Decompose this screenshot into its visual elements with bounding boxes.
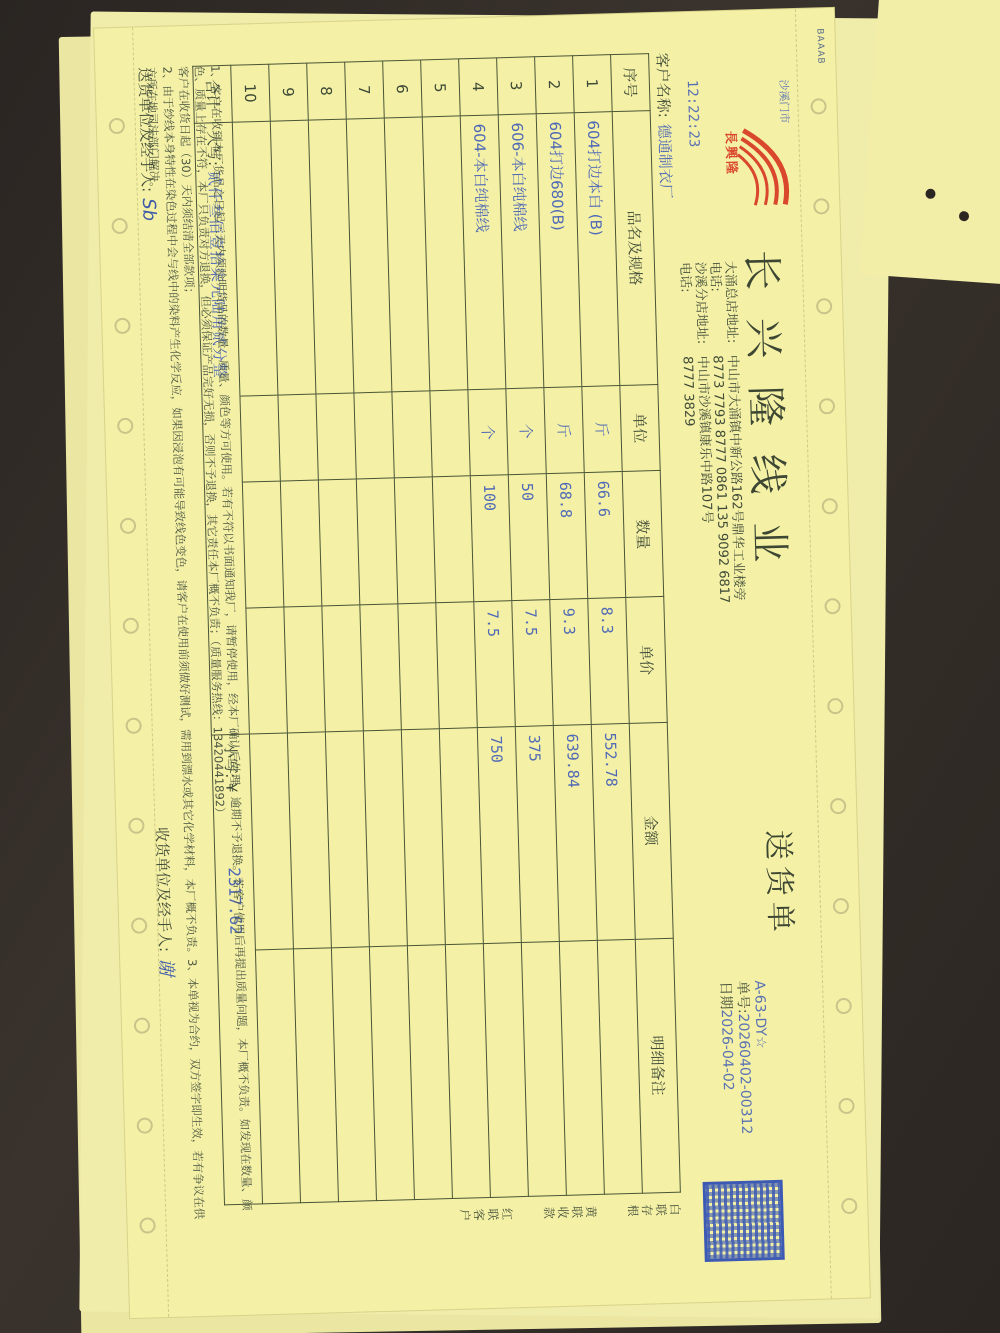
cell-price: 8.3 bbox=[588, 598, 630, 725]
cell-price: 7.5 bbox=[512, 600, 554, 727]
copy-label-white: 白联存根 bbox=[625, 1201, 681, 1220]
address-block: 大涌总店地址:中山市大涌镇中新公路162号鼎华工业楼旁 电话:8773 7793… bbox=[677, 261, 747, 605]
col-note: 明细备注 bbox=[635, 938, 680, 1193]
sender-sig: Sb bbox=[138, 198, 160, 221]
order-no-label: 单号: bbox=[734, 981, 751, 1014]
cell-name: 606-本白纯棉线 bbox=[498, 113, 544, 388]
side-slip bbox=[860, 0, 1000, 285]
cell-seq: 3 bbox=[497, 57, 537, 115]
cell-seq: 2 bbox=[535, 56, 575, 114]
phone-label: 电话: bbox=[707, 261, 724, 349]
col-seq: 序号 bbox=[611, 54, 651, 112]
cell-unit: 斤 bbox=[582, 386, 622, 473]
col-price: 单价 bbox=[626, 597, 668, 724]
sender-signature: 送货单位及经手人:Sb bbox=[134, 67, 159, 221]
sender-label: 送货单位及经手人: bbox=[135, 67, 156, 193]
cell-seq: 5 bbox=[421, 59, 461, 117]
cell-unit: 个 bbox=[506, 388, 546, 475]
cell-name: 604-本白纯棉线 bbox=[460, 115, 506, 390]
col-name: 品名及规格 bbox=[612, 110, 658, 385]
cell-price: 7.5 bbox=[474, 601, 516, 728]
cell-seq: 7 bbox=[345, 61, 385, 119]
customer-label: 客户名称: bbox=[653, 52, 673, 118]
cell-seq: 1 bbox=[573, 55, 613, 113]
cell-amount: 375 bbox=[515, 726, 559, 942]
customer-line: 客户名称:德通制衣厂 bbox=[652, 52, 677, 199]
cell-seq: 8 bbox=[307, 62, 347, 120]
cell-amount: 750 bbox=[477, 727, 521, 943]
cell-name: 604打边本白 (B) bbox=[574, 111, 620, 386]
order-date: 2026-04-02 bbox=[718, 1009, 736, 1091]
logo-mark-icon bbox=[733, 119, 795, 211]
phone-value: 8777 3829 bbox=[680, 356, 697, 427]
cell-note bbox=[483, 942, 528, 1197]
col-qty: 数量 bbox=[622, 471, 664, 598]
company-logo: 沙溪门市 長興隆 bbox=[702, 79, 795, 201]
cell-unit: 个 bbox=[468, 389, 508, 476]
qr-code-icon bbox=[703, 1180, 785, 1262]
document-type: 送货单 bbox=[759, 829, 806, 938]
brand-name: 長興隆 bbox=[722, 131, 742, 177]
cell-amount: 552.78 bbox=[591, 724, 635, 940]
cell-note bbox=[559, 940, 604, 1195]
cell-price: 9.3 bbox=[550, 599, 592, 726]
phone-label: 电话: bbox=[677, 262, 694, 350]
perf-code: BAAAB bbox=[814, 28, 825, 65]
delivery-note-wrapper: BAAAB 沙溪门市 長興隆 12:22:23 长兴隆线业 送货单 大涌 bbox=[92, 8, 872, 1318]
copy-labels: 白联存根 黄联收款 红联客户 bbox=[429, 1201, 682, 1238]
order-no: 20260402-00312 bbox=[735, 1013, 754, 1134]
store-tag: 沙溪门市 bbox=[776, 79, 793, 123]
cell-seq: 6 bbox=[383, 60, 423, 118]
cell-qty: 66.6 bbox=[584, 472, 626, 599]
delivery-note: BAAAB 沙溪门市 長興隆 12:22:23 长兴隆线业 送货单 大涌 bbox=[94, 8, 870, 1318]
date-label: 日期 bbox=[717, 981, 734, 1009]
customer-name: 德通制衣厂 bbox=[655, 124, 675, 199]
cell-qty: 50 bbox=[508, 474, 550, 601]
cell-seq: 4 bbox=[459, 58, 499, 116]
cell-note bbox=[521, 941, 566, 1196]
cell-name: 604打边680(B) bbox=[536, 112, 582, 387]
cell-seq: 10 bbox=[231, 64, 271, 122]
cell-seq: 9 bbox=[269, 63, 309, 121]
cell-note bbox=[597, 939, 642, 1194]
cell-qty: 68.8 bbox=[546, 473, 588, 600]
cell-amount: 639.84 bbox=[553, 725, 597, 941]
address-label: 大涌总店地址: bbox=[722, 261, 739, 349]
cell-unit: 斤 bbox=[544, 387, 584, 474]
items-table: 序号 品名及规格 单位 数量 单价 金额 明细备注 1604打边本白 (B)斤6… bbox=[192, 53, 681, 1205]
copy-label-yellow: 黄联收款 bbox=[541, 1203, 597, 1222]
company-name: 长兴隆线业 bbox=[736, 249, 802, 590]
col-amount: 金额 bbox=[629, 723, 673, 939]
cell-qty: 100 bbox=[470, 475, 512, 602]
copy-label-red: 红联客户 bbox=[457, 1205, 513, 1224]
address-label: 沙溪分店地址: bbox=[692, 262, 709, 350]
print-time: 12:22:23 bbox=[684, 80, 702, 148]
col-unit: 单位 bbox=[620, 384, 660, 471]
order-meta: A-63-DY☆ 单号:20260402-00312 日期2026-04-02 bbox=[716, 980, 771, 1135]
